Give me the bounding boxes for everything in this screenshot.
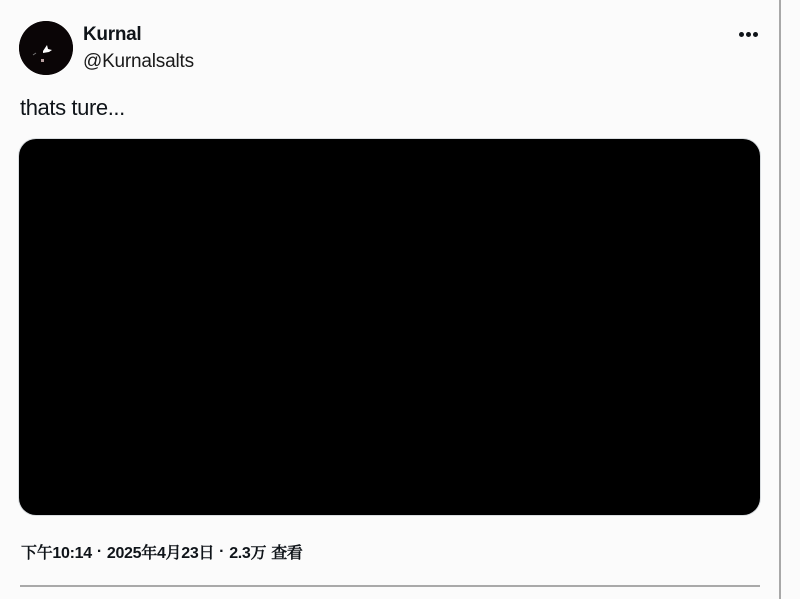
author-display-name[interactable]: Kurnal (83, 24, 141, 46)
avatar-image-icon (19, 21, 73, 75)
author-handle[interactable]: @Kurnalsalts (83, 51, 194, 73)
tweet-video[interactable] (19, 139, 760, 515)
more-horizontal-icon (753, 32, 758, 37)
more-horizontal-icon (739, 32, 744, 37)
tweet-text: thats ture... (20, 95, 125, 121)
views-label: 查看 (271, 540, 302, 563)
more-horizontal-icon (746, 32, 751, 37)
separator-dot: · (214, 543, 229, 561)
divider (20, 585, 760, 587)
tweet-time[interactable]: 下午10:14 (21, 540, 92, 563)
avatar[interactable] (19, 21, 73, 75)
scrollbar-track (779, 0, 781, 599)
more-options-button[interactable] (734, 24, 762, 44)
tweet-date[interactable]: 2025年4月23日 (107, 540, 214, 563)
views-count: 2.3万 (229, 540, 266, 563)
separator-dot: · (92, 543, 107, 561)
tweet-meta: 下午10:14 · 2025年4月23日 · 2.3万 查看 (21, 540, 303, 563)
